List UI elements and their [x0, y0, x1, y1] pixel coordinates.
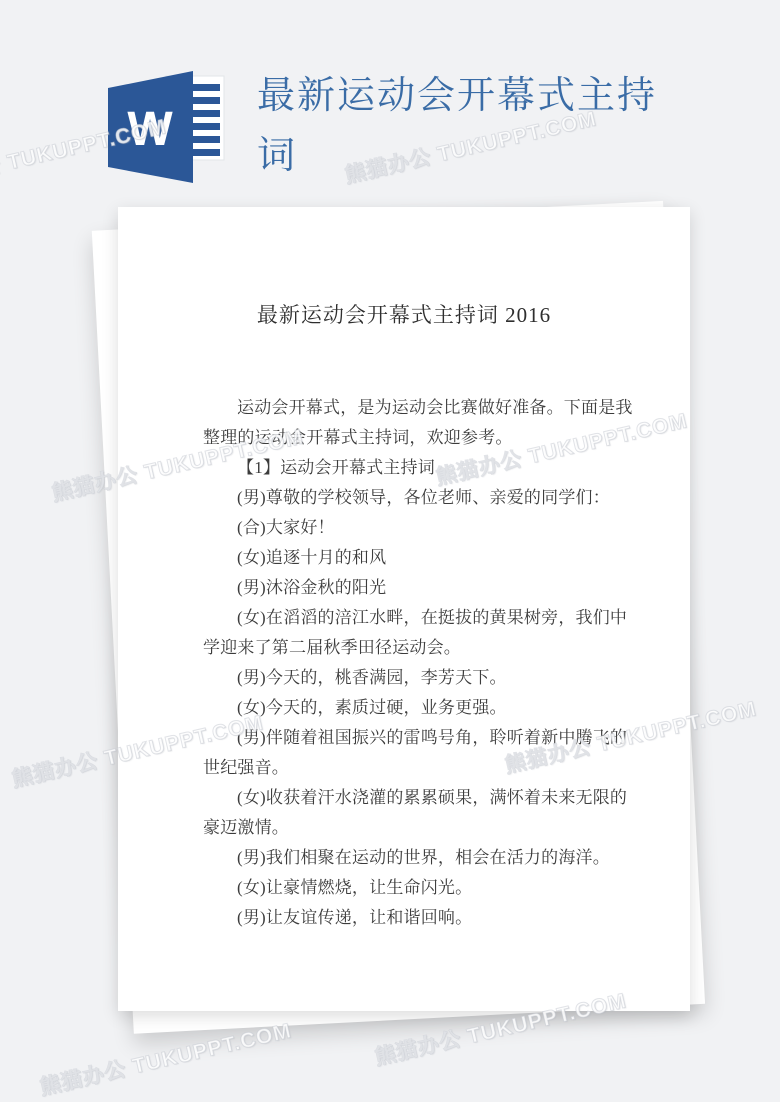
document-paragraph: (男)沐浴金秋的阳光: [203, 573, 640, 603]
page-title: 最新运动会开幕式主持词: [257, 66, 681, 186]
document-paragraph: (女)让豪情燃烧，让生命闪光。: [203, 873, 640, 903]
document-paragraph: (男)我们相聚在运动的世界，相会在活力的海洋。: [203, 843, 640, 873]
document-paragraph: (男)伴随着祖国振兴的雷鸣号角，聆听着新中腾飞的世纪强音。: [203, 723, 640, 783]
document-paragraph: (合)大家好！: [203, 513, 640, 543]
word-document-icon: W: [104, 68, 228, 186]
document-page: 最新运动会开幕式主持词 2016 运动会开幕式，是为运动会比赛做好准备。下面是我…: [118, 207, 690, 1011]
document-paragraph: (男)让友谊传递，让和谐回响。: [203, 903, 640, 933]
document-paragraph: (女)今天的，素质过硬，业务更强。: [203, 693, 640, 723]
document-paragraph: 运动会开幕式，是为运动会比赛做好准备。下面是我整理的运动会开幕式主持词，欢迎参考…: [203, 393, 640, 453]
document-paragraph: 【1】运动会开幕式主持词: [203, 453, 640, 483]
header: W 最新运动会开幕式主持词: [0, 0, 780, 200]
document-title: 最新运动会开幕式主持词 2016: [118, 295, 690, 335]
document-paragraph: (女)在滔滔的涪江水畔，在挺拔的黄果树旁，我们中学迎来了第二届秋季田径运动会。: [203, 603, 640, 663]
document-paragraph: (男)今天的，桃香满园，李芳天下。: [203, 663, 640, 693]
document-body: 运动会开幕式，是为运动会比赛做好准备。下面是我整理的运动会开幕式主持词，欢迎参考…: [118, 393, 690, 933]
document-preview-stage: W 最新运动会开幕式主持词 最新运动会开幕式主持词 2016 运动会开幕式，是为…: [0, 0, 780, 1102]
document-paragraph: (女)收获着汗水浇灌的累累硕果，满怀着未来无限的豪迈激情。: [203, 783, 640, 843]
document-paragraph: (女)追逐十月的和风: [203, 543, 640, 573]
word-icon-letter: W: [127, 103, 173, 156]
document-paragraph: (男)尊敬的学校领导，各位老师、亲爱的同学们：: [203, 483, 640, 513]
